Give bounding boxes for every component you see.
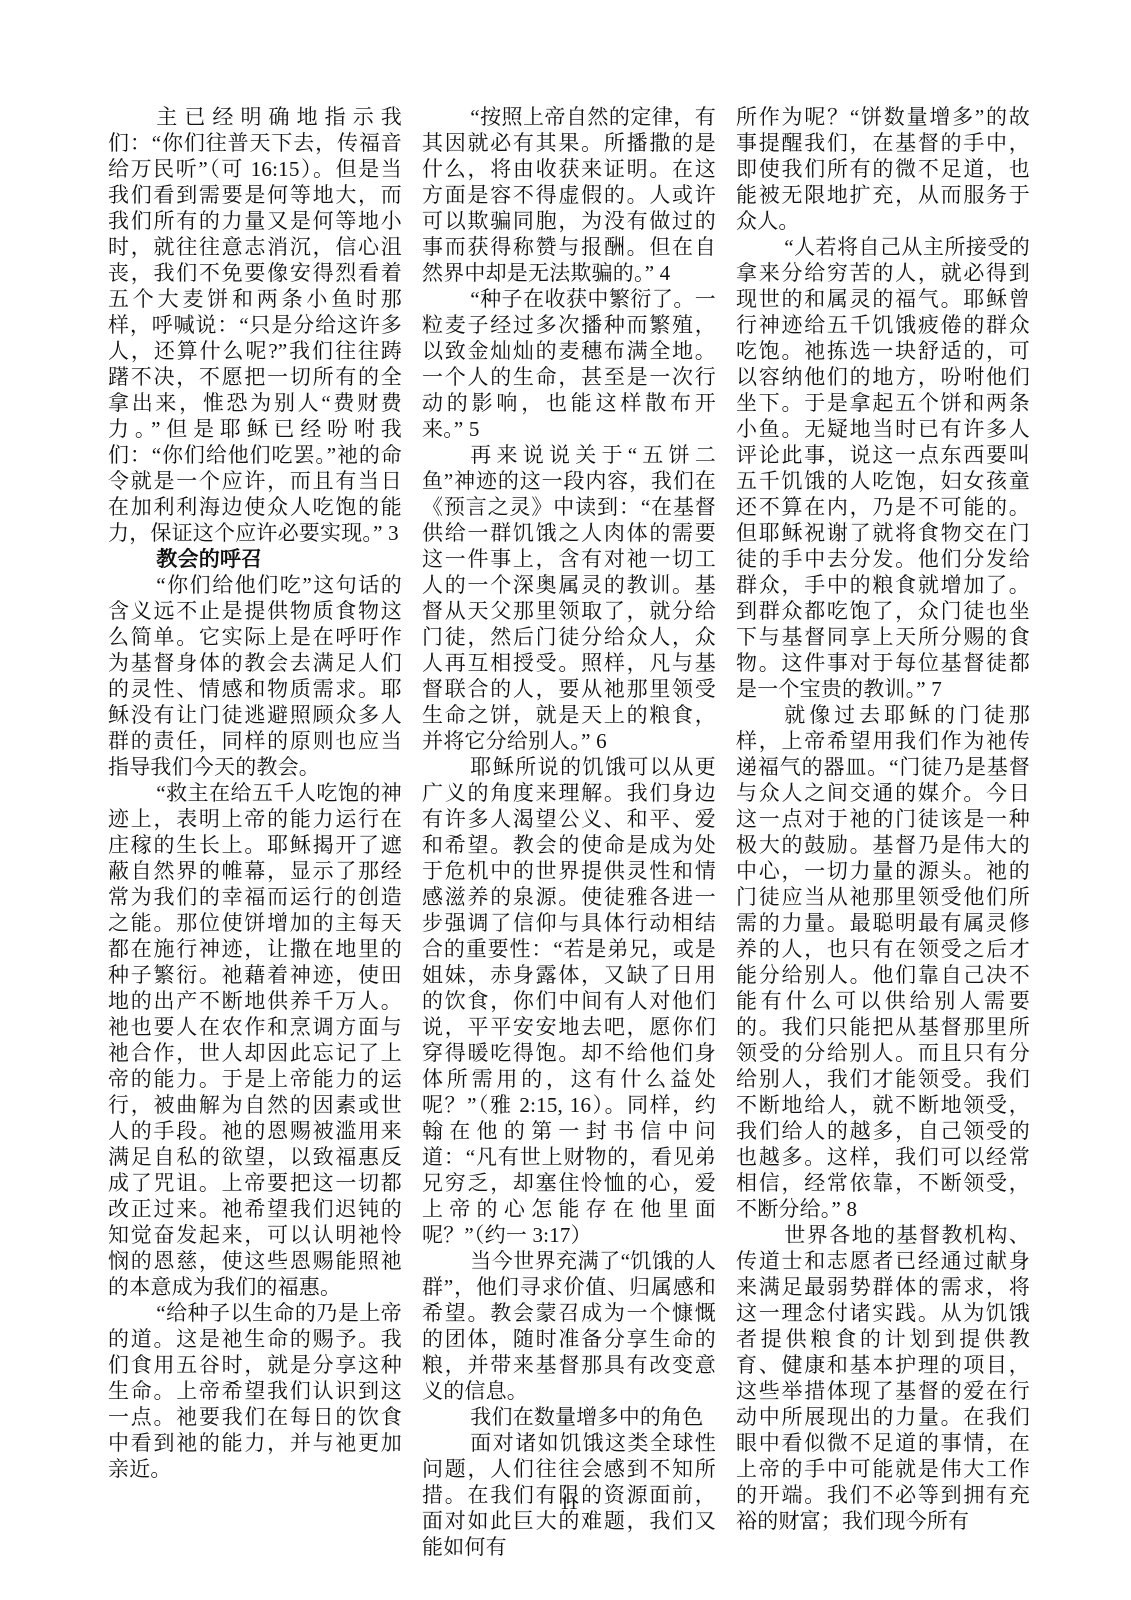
subsection-heading: 我们在数量增多中的角色 bbox=[422, 1404, 716, 1430]
document-page: 主已经明确地指示我们：“你们往普天下去，传福音给万民听”（可 16:15）。但是… bbox=[0, 0, 1131, 1600]
text-column-middle: “按照上帝自然的定律，有其因就必有其果。所播撒的是什么，将由收获来证明。在这方面… bbox=[422, 104, 716, 1560]
paragraph: “人若将自己从主所接受的拿来分给穷苦的人，就必得到现世的和属灵的福气。耶稣曾行神… bbox=[736, 234, 1030, 702]
text-column-left: 主已经明确地指示我们：“你们往普天下去，传福音给万民听”（可 16:15）。但是… bbox=[108, 104, 402, 1560]
text-column-right: 所作为呢？“饼数量增多”的故事提醒我们，在基督的手中，即使我们所有的微不足道，也… bbox=[736, 104, 1030, 1560]
page-number: 11 bbox=[108, 1492, 1030, 1516]
paragraph: “你们给他们吃”这句话的含义远不止是提供物质食物这么简单。它实际上是在呼吁作为基… bbox=[108, 572, 402, 780]
paragraph: 就像过去耶稣的门徒那样，上帝希望用我们作为祂传递福气的器皿。“门徒乃是基督与众人… bbox=[736, 702, 1030, 1222]
paragraph: 主已经明确地指示我们：“你们往普天下去，传福音给万民听”（可 16:15）。但是… bbox=[108, 104, 402, 546]
paragraph: 所作为呢？“饼数量增多”的故事提醒我们，在基督的手中，即使我们所有的微不足道，也… bbox=[736, 104, 1030, 234]
paragraph: “种子在收获中繁衍了。一粒麦子经过多次播种而繁殖，以致金灿灿的麦穗布满全地。一个… bbox=[422, 286, 716, 442]
paragraph: 再来说说关于“五饼二鱼”神迹的这一段内容，我们在《预言之灵》中读到：“在基督供给… bbox=[422, 442, 716, 754]
paragraph: “给种子以生命的乃是上帝的道。这是祂生命的赐予。我们食用五谷时，就是分享这种生命… bbox=[108, 1300, 402, 1482]
paragraph: 当今世界充满了“饥饿的人群”，他们寻求价值、归属感和希望。教会蒙召成为一个慷慨的… bbox=[422, 1248, 716, 1404]
paragraph: 世界各地的基督教机构、传道士和志愿者已经通过献身来满足最弱势群体的需求，将这一理… bbox=[736, 1222, 1030, 1534]
section-heading: 教会的呼召 bbox=[108, 546, 402, 572]
paragraph: “按照上帝自然的定律，有其因就必有其果。所播撒的是什么，将由收获来证明。在这方面… bbox=[422, 104, 716, 286]
paragraph: “救主在给五千人吃饱的神迹上，表明上帝的能力运行在庄稼的生长上。耶稣揭开了遮蔽自… bbox=[108, 780, 402, 1300]
paragraph: 耶稣所说的饥饿可以从更广义的角度来理解。我们身边有许多人渴望公义、和平、爱和希望… bbox=[422, 754, 716, 1248]
text-columns: 主已经明确地指示我们：“你们往普天下去，传福音给万民听”（可 16:15）。但是… bbox=[108, 104, 1030, 1560]
